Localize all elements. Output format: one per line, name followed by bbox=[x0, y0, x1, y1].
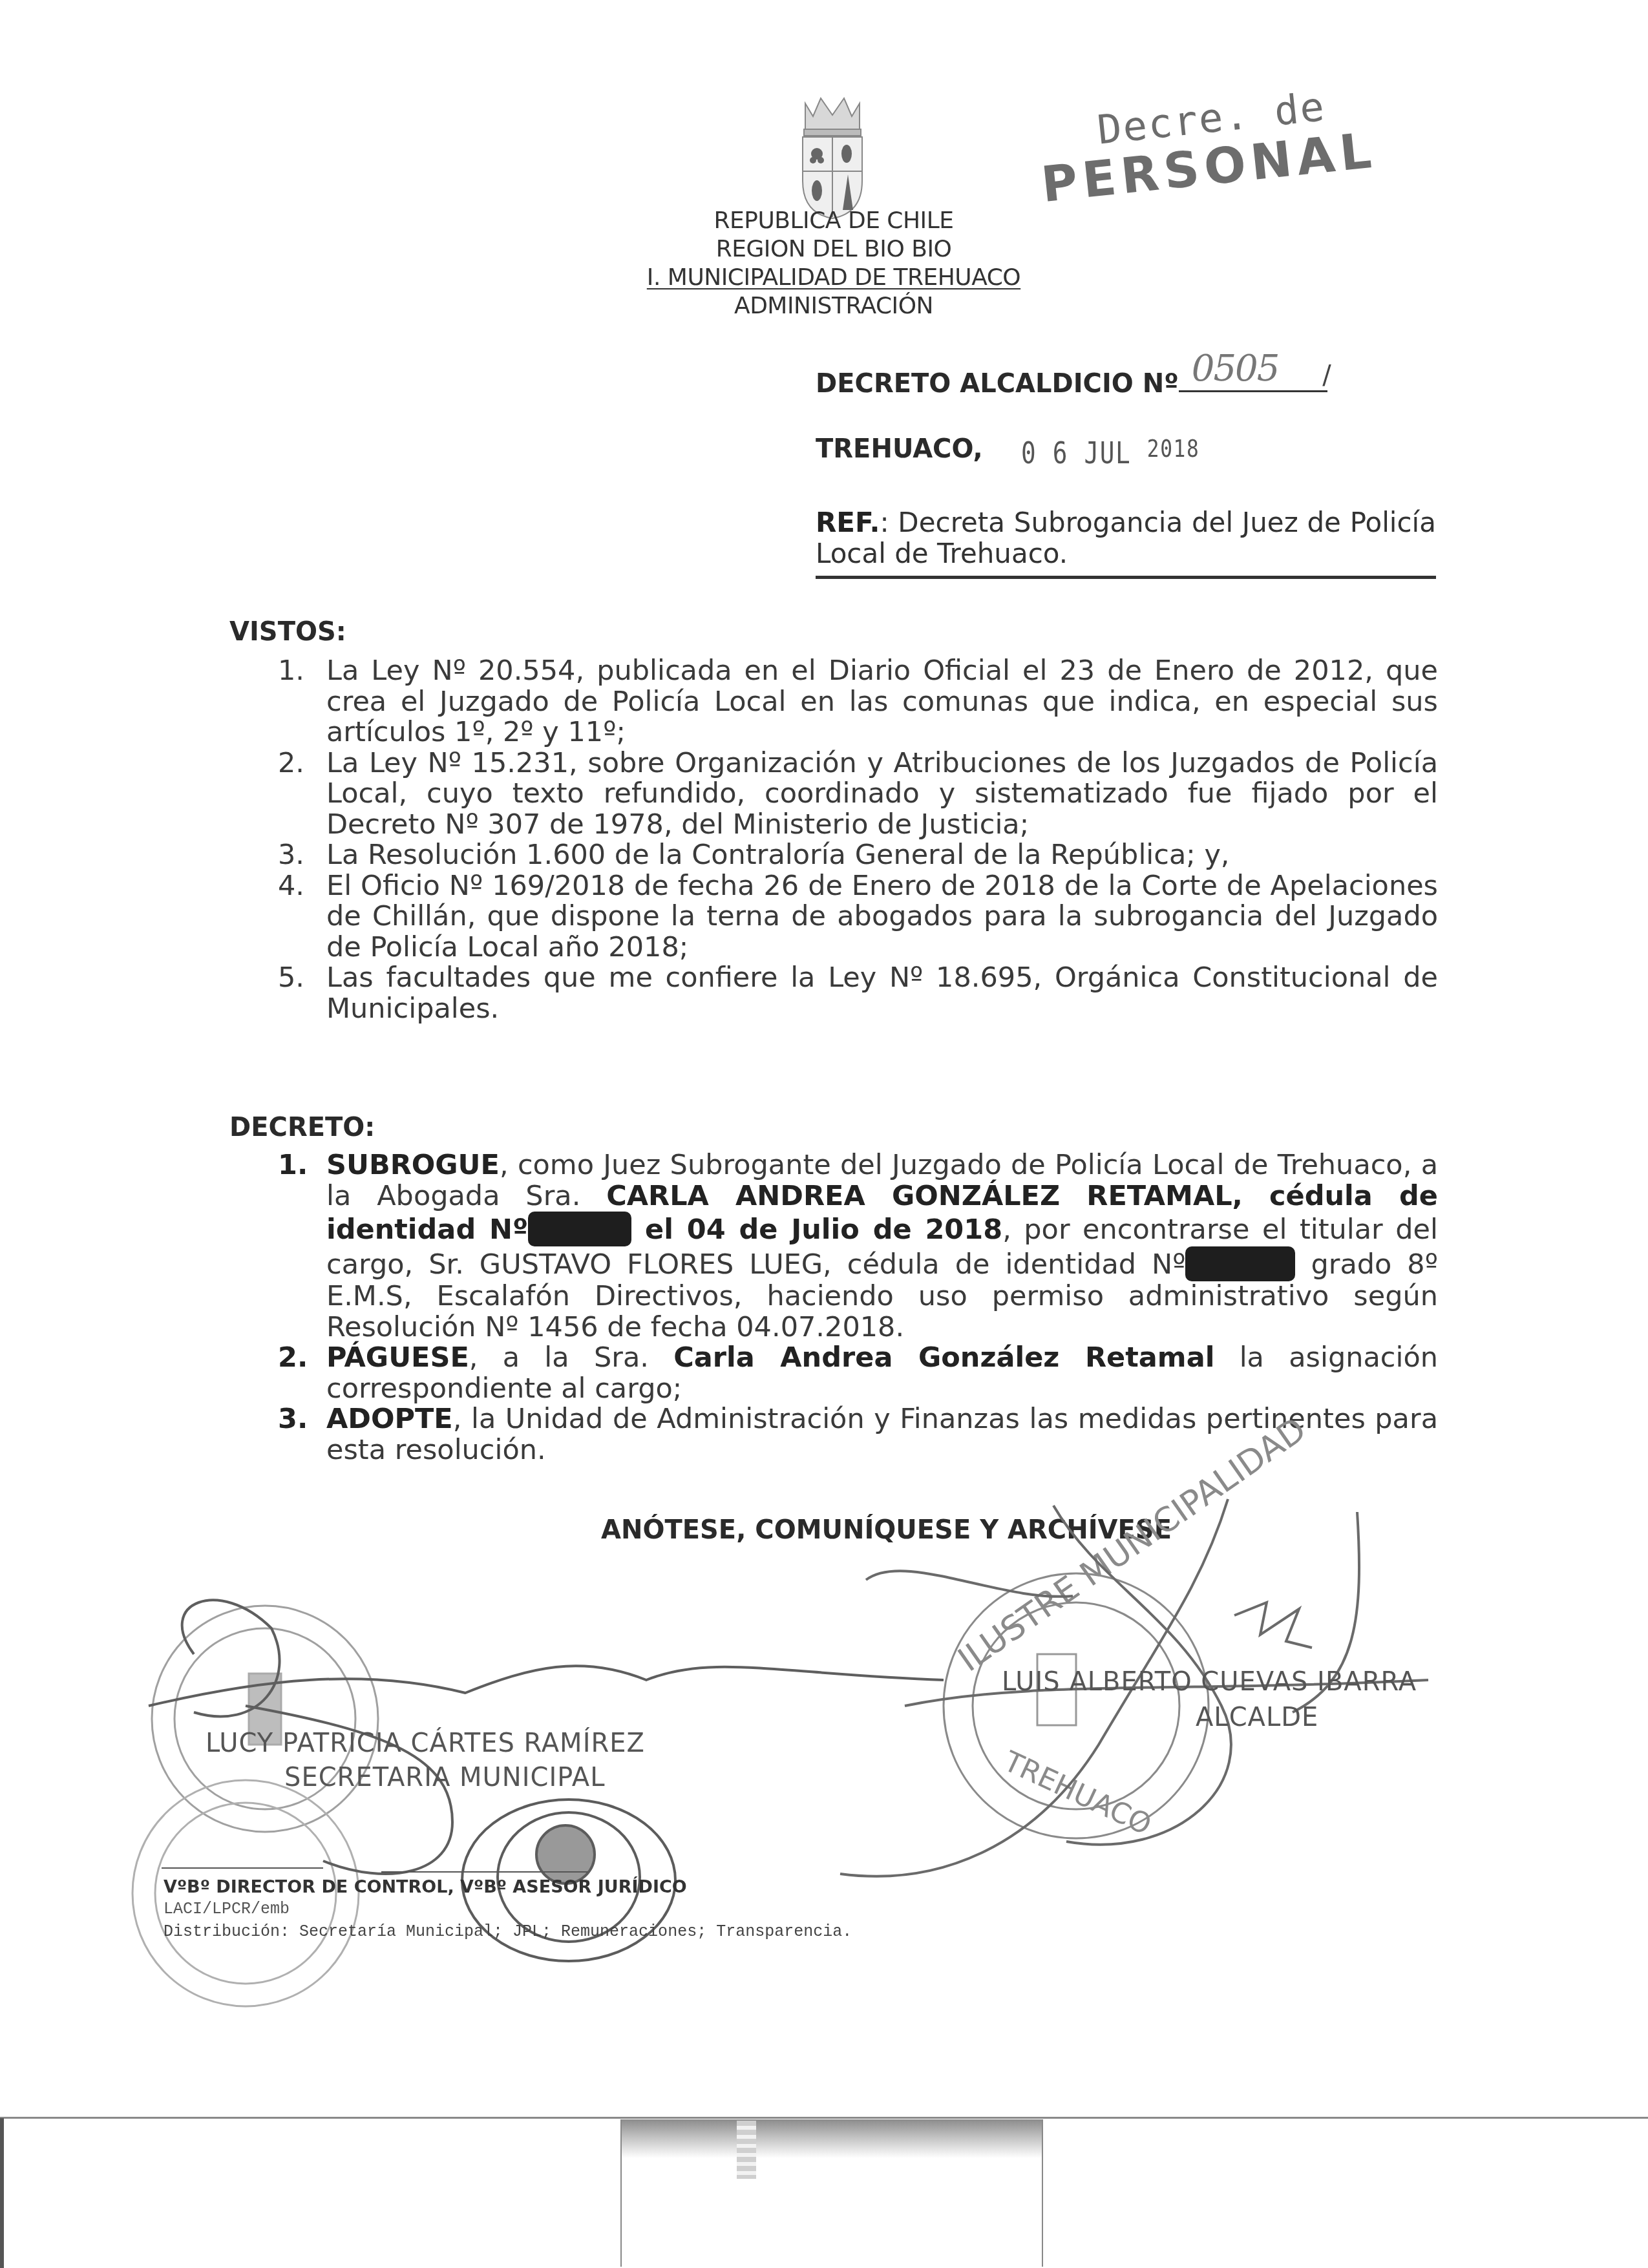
decreto-item-1: 1. SUBROGUE, como Juez Subrogante del Ju… bbox=[278, 1150, 1438, 1343]
payee-name: Carla Andrea González Retamal bbox=[673, 1341, 1214, 1374]
verb-subrogue: SUBROGUE bbox=[326, 1149, 500, 1181]
redacted-id-1 bbox=[528, 1212, 631, 1246]
mayor-name: LUIS ALBERTO CUEVAS IBARRA bbox=[1002, 1667, 1417, 1697]
alcalde-seal-icon bbox=[944, 1573, 1209, 1838]
redacted-id-2 bbox=[1185, 1246, 1295, 1281]
distribution-list: Distribución: Secretaría Municipal; JPL;… bbox=[164, 1922, 852, 1941]
header-country: REPUBLICA DE CHILE bbox=[620, 207, 1047, 235]
personnel-decree-stamp: Decre. de PERSONAL bbox=[1034, 78, 1379, 214]
effective-date: el 04 de Julio de 2018 bbox=[631, 1213, 1002, 1246]
date-stamp-day-month: 0 6 JUL bbox=[1021, 436, 1131, 470]
decree-number-field: 0505/ bbox=[1179, 362, 1327, 392]
control-signature-line bbox=[162, 1867, 323, 1869]
decreto-title: DECRETO: bbox=[229, 1113, 375, 1142]
vistos-list: 1.La Ley Nº 20.554, publicada en el Diar… bbox=[278, 656, 1438, 1024]
header-region: REGION DEL BIO BIO bbox=[620, 235, 1047, 264]
vistos-item: 3.La Resolución 1.600 de la Contraloría … bbox=[278, 840, 1438, 871]
scan-film-strip-icon bbox=[737, 2121, 756, 2179]
verb-paguese: PÁGUESE bbox=[326, 1341, 469, 1374]
vistos-item: 5.Las facultades que me confiere la Ley … bbox=[278, 963, 1438, 1024]
legal-signature-line bbox=[381, 1871, 588, 1873]
decree-city: TREHUACO, bbox=[816, 434, 983, 464]
decree-number: DECRETO ALCALDICIO Nº0505/ bbox=[816, 362, 1327, 399]
secretary-title: SECRETARIA MUNICIPAL bbox=[284, 1763, 605, 1792]
header-department: ADMINISTRACIÓN bbox=[620, 292, 1047, 320]
ref-label: REF. bbox=[816, 507, 880, 538]
decreto-item-3: 3. ADOPTE, la Unidad de Administración y… bbox=[278, 1404, 1438, 1465]
vistos-item: 4.El Oficio Nº 169/2018 de fecha 26 de E… bbox=[278, 871, 1438, 963]
drafter-initials: LACI/LPCR/emb bbox=[164, 1900, 290, 1918]
approval-line: VºBº DIRECTOR DE CONTROL, VºBº ASESOR JU… bbox=[164, 1877, 687, 1897]
decreto-list: 1. SUBROGUE, como Juez Subrogante del Ju… bbox=[278, 1150, 1438, 1465]
secretary-name: LUCY PATRICIA CÁRTES RAMÍREZ bbox=[206, 1728, 645, 1758]
mayor-title: ALCALDE bbox=[1196, 1703, 1318, 1732]
date-stamp: 0 6 JUL 2018 bbox=[1021, 434, 1199, 470]
date-stamp-year: 2018 bbox=[1147, 434, 1200, 463]
vistos-item: 2.La Ley Nº 15.231, sobre Organización y… bbox=[278, 748, 1438, 841]
secretaria-seal-icon bbox=[152, 1606, 378, 1832]
vistos-title: VISTOS: bbox=[229, 617, 346, 647]
scan-shadow-tab bbox=[620, 2119, 1043, 2267]
municipal-coat-of-arms-icon bbox=[794, 90, 871, 220]
decree-number-slash: / bbox=[1322, 361, 1331, 390]
verb-adopte: ADOPTE bbox=[326, 1403, 453, 1435]
decree-number-handwritten: 0505 bbox=[1192, 348, 1279, 390]
ref-text: : Decreta Subrogancia del Juez de Policí… bbox=[816, 507, 1436, 569]
scan-left-border bbox=[0, 2118, 4, 2268]
alcalde-seal-city: TREHUACO bbox=[998, 1745, 1157, 1842]
vistos-item: 1.La Ley Nº 20.554, publicada en el Diar… bbox=[278, 656, 1438, 748]
decreto-item-2: 2. PÁGUESE, a la Sra. Carla Andrea Gonzá… bbox=[278, 1343, 1438, 1404]
decree-label: DECRETO ALCALDICIO Nº bbox=[816, 369, 1179, 399]
decree-reference: REF.: Decreta Subrogancia del Juez de Po… bbox=[816, 507, 1436, 579]
header-municipality: I. MUNICIPALIDAD DE TREHUACO bbox=[647, 264, 1020, 291]
closing-formula: ANÓTESE, COMUNÍQUESE Y ARCHÍVESE bbox=[601, 1515, 1172, 1545]
institution-header: REPUBLICA DE CHILE REGION DEL BIO BIO I.… bbox=[620, 207, 1047, 320]
